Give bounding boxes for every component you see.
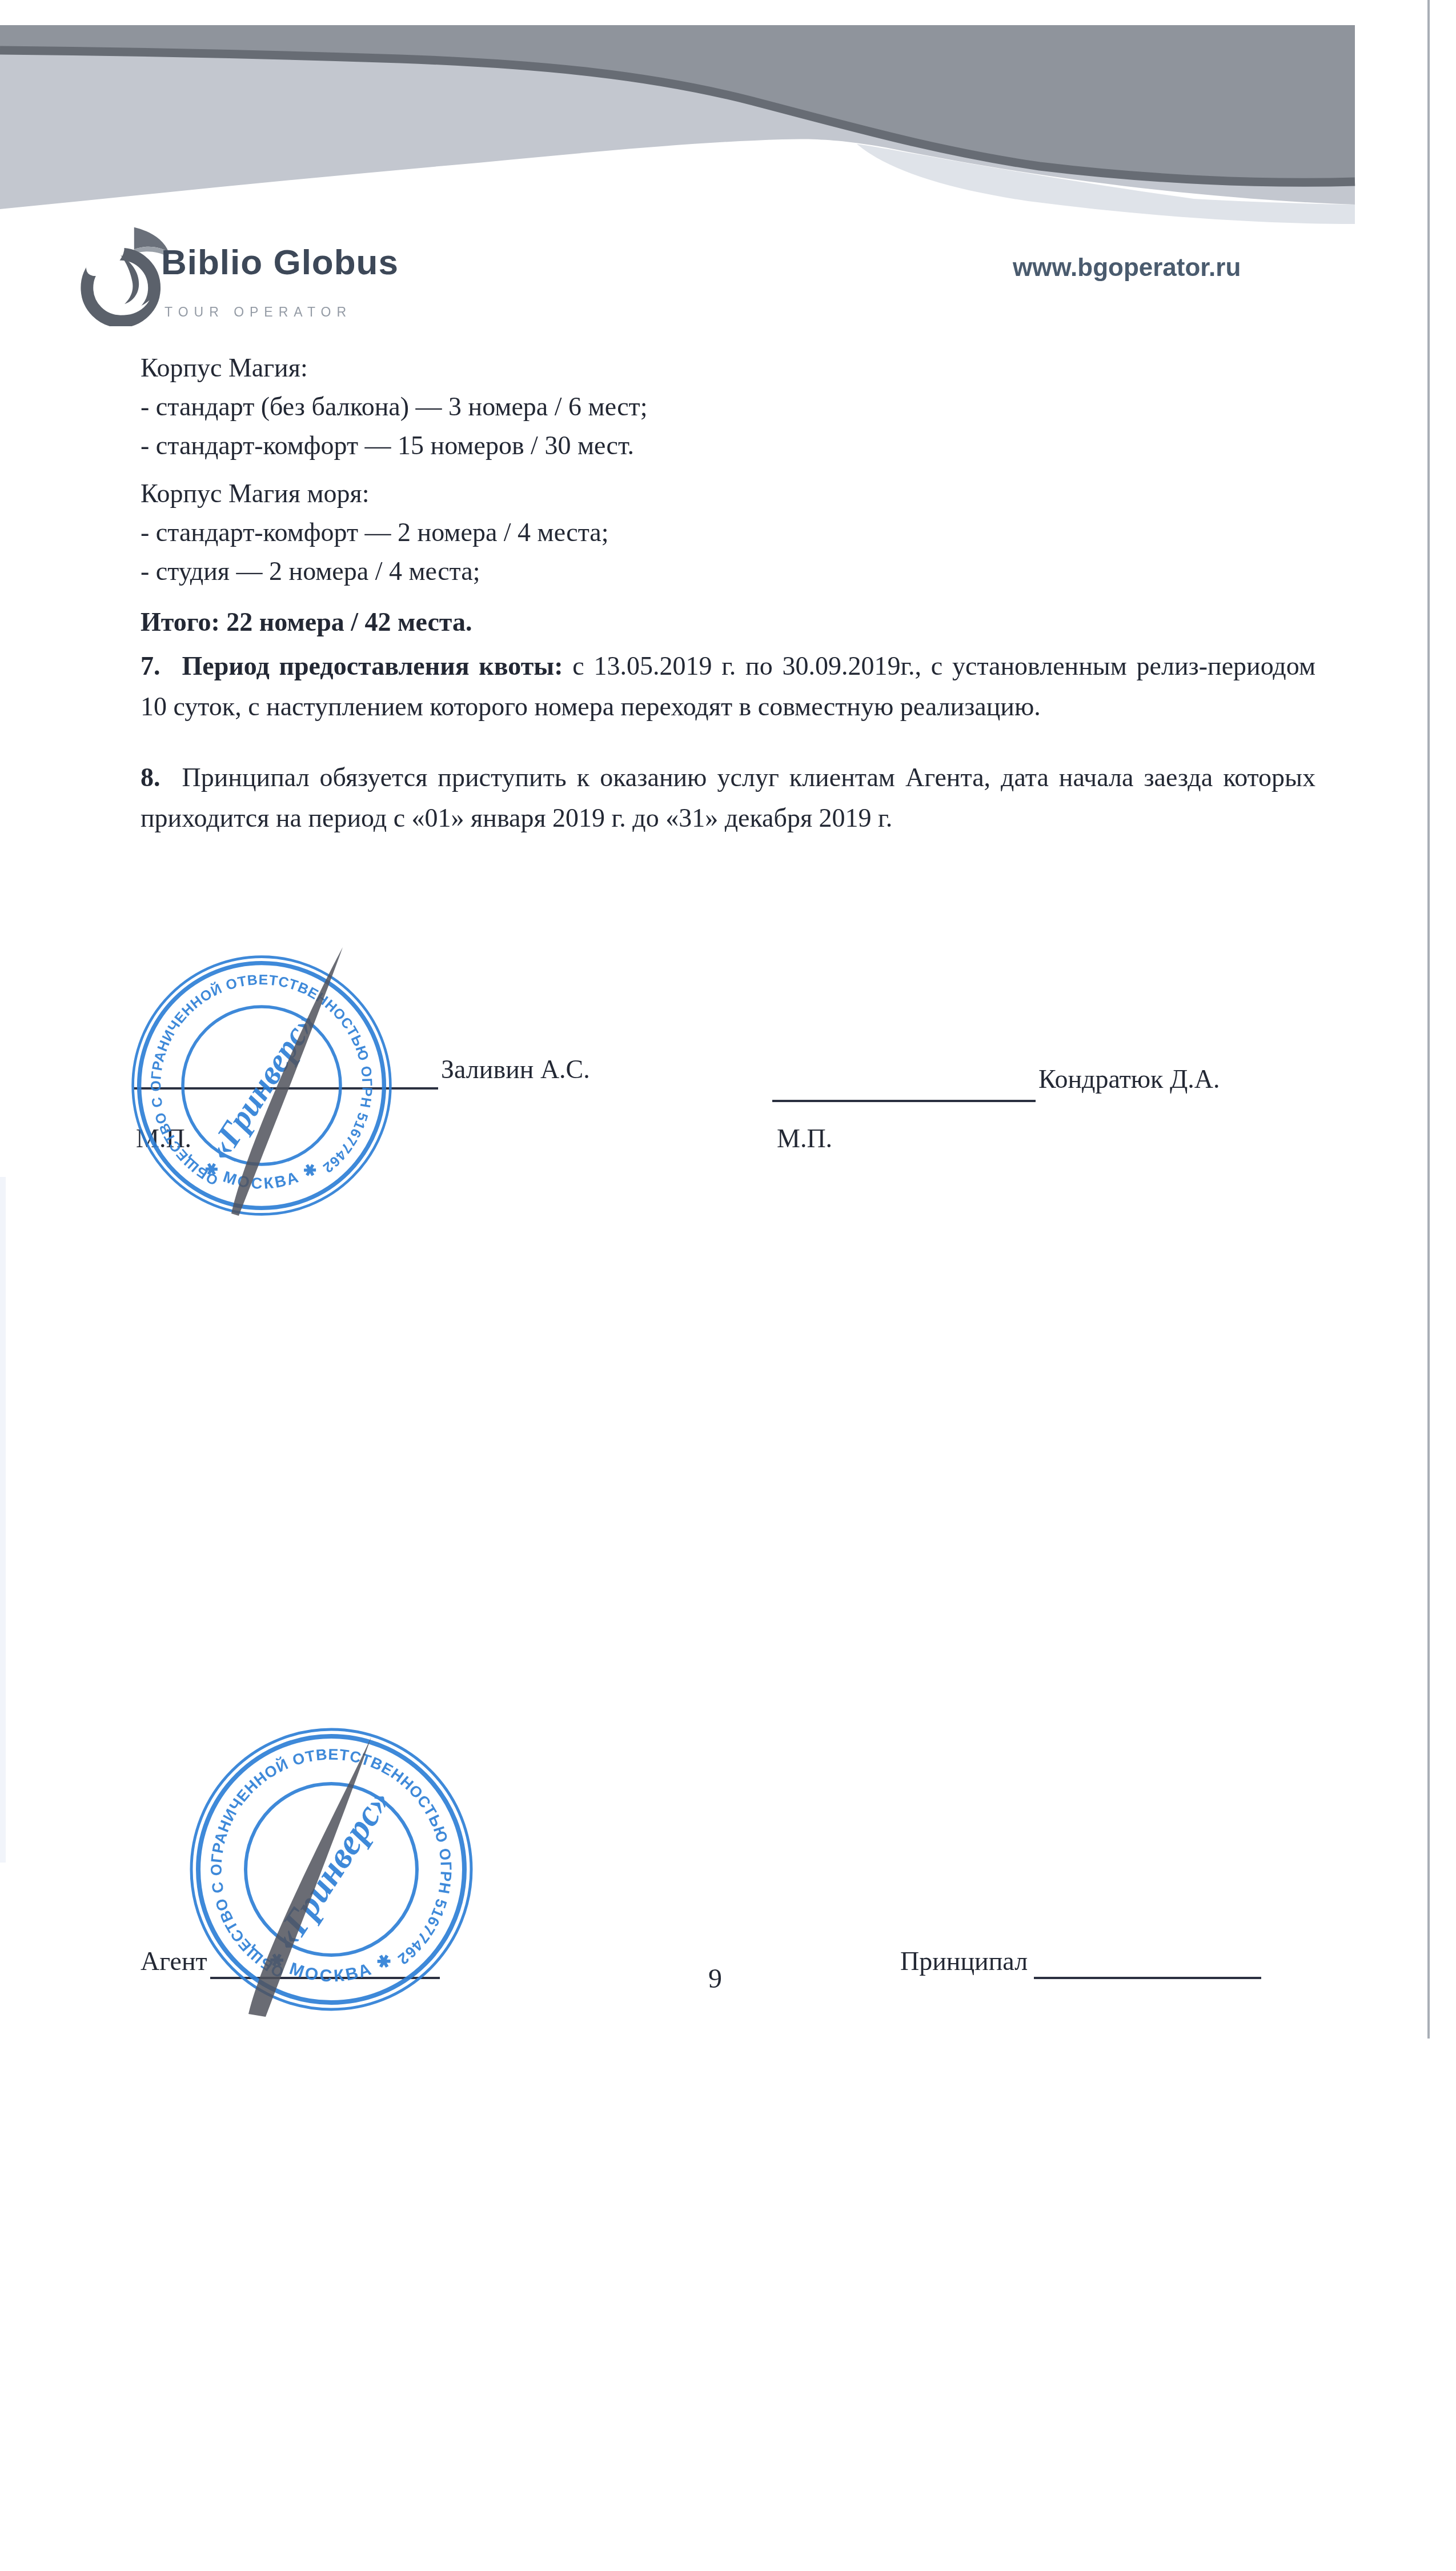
- paragraph-7: 7.Период предоставления квоты: с 13.05.2…: [141, 646, 1315, 727]
- paragraph-7-lead: Период предоставления квоты:: [182, 651, 563, 680]
- paragraph-8: 8.Принципал обязуется приступить к оказа…: [141, 757, 1315, 838]
- text-line: - стандарт (без балкона) — 3 номера / 6 …: [141, 387, 648, 426]
- scanned-contract-page: Biblio Globus TOUR OPERATOR www.bgoperat…: [0, 0, 1456, 2571]
- paragraph-number: 7.: [141, 651, 161, 680]
- seal-placeholder-right: М.П.: [777, 1123, 832, 1154]
- text-line: - стандарт-комфорт — 2 номера / 4 места;: [141, 513, 609, 552]
- text-line: Корпус Магия:: [141, 349, 648, 387]
- logo-title: Biblio Globus: [161, 242, 399, 283]
- logo-subtitle: TOUR OPERATOR: [165, 305, 352, 320]
- pen-signature-stroke: [240, 1731, 383, 2023]
- website-url: www.bgoperator.ru: [1013, 254, 1241, 282]
- paragraph-8-text: Принципал обязуется приступить к оказани…: [141, 763, 1315, 832]
- signature-line-principal: [772, 1100, 1036, 1102]
- principal-label: Принципал: [900, 1946, 1028, 1976]
- text-line: - студия — 2 номера / 4 места;: [141, 552, 609, 591]
- paragraph-number: 8.: [141, 763, 161, 792]
- principal-signature-line: [1034, 1977, 1261, 1979]
- scan-edge-line: [1427, 0, 1430, 2039]
- scan-edge-tint: [0, 1177, 6, 1863]
- signatory-name-right: Кондратюк Д.А.: [1038, 1064, 1220, 1094]
- quota-block-magiya-morya: Корпус Магия моря: - стандарт-комфорт — …: [141, 474, 609, 591]
- quota-block-magiya: Корпус Магия: - стандарт (без балкона) —…: [141, 349, 648, 465]
- page-number: 9: [708, 1963, 722, 1995]
- signatory-name-left: Заливин А.С.: [441, 1054, 590, 1084]
- text-line: Корпус Магия моря:: [141, 474, 609, 513]
- letterhead-wave-graphic: [0, 0, 1456, 240]
- total-line: Итого: 22 номера / 42 места.: [141, 607, 472, 637]
- pen-signature-stroke: [223, 940, 354, 1226]
- text-line: - стандарт-комфорт — 15 номеров / 30 мес…: [141, 426, 648, 465]
